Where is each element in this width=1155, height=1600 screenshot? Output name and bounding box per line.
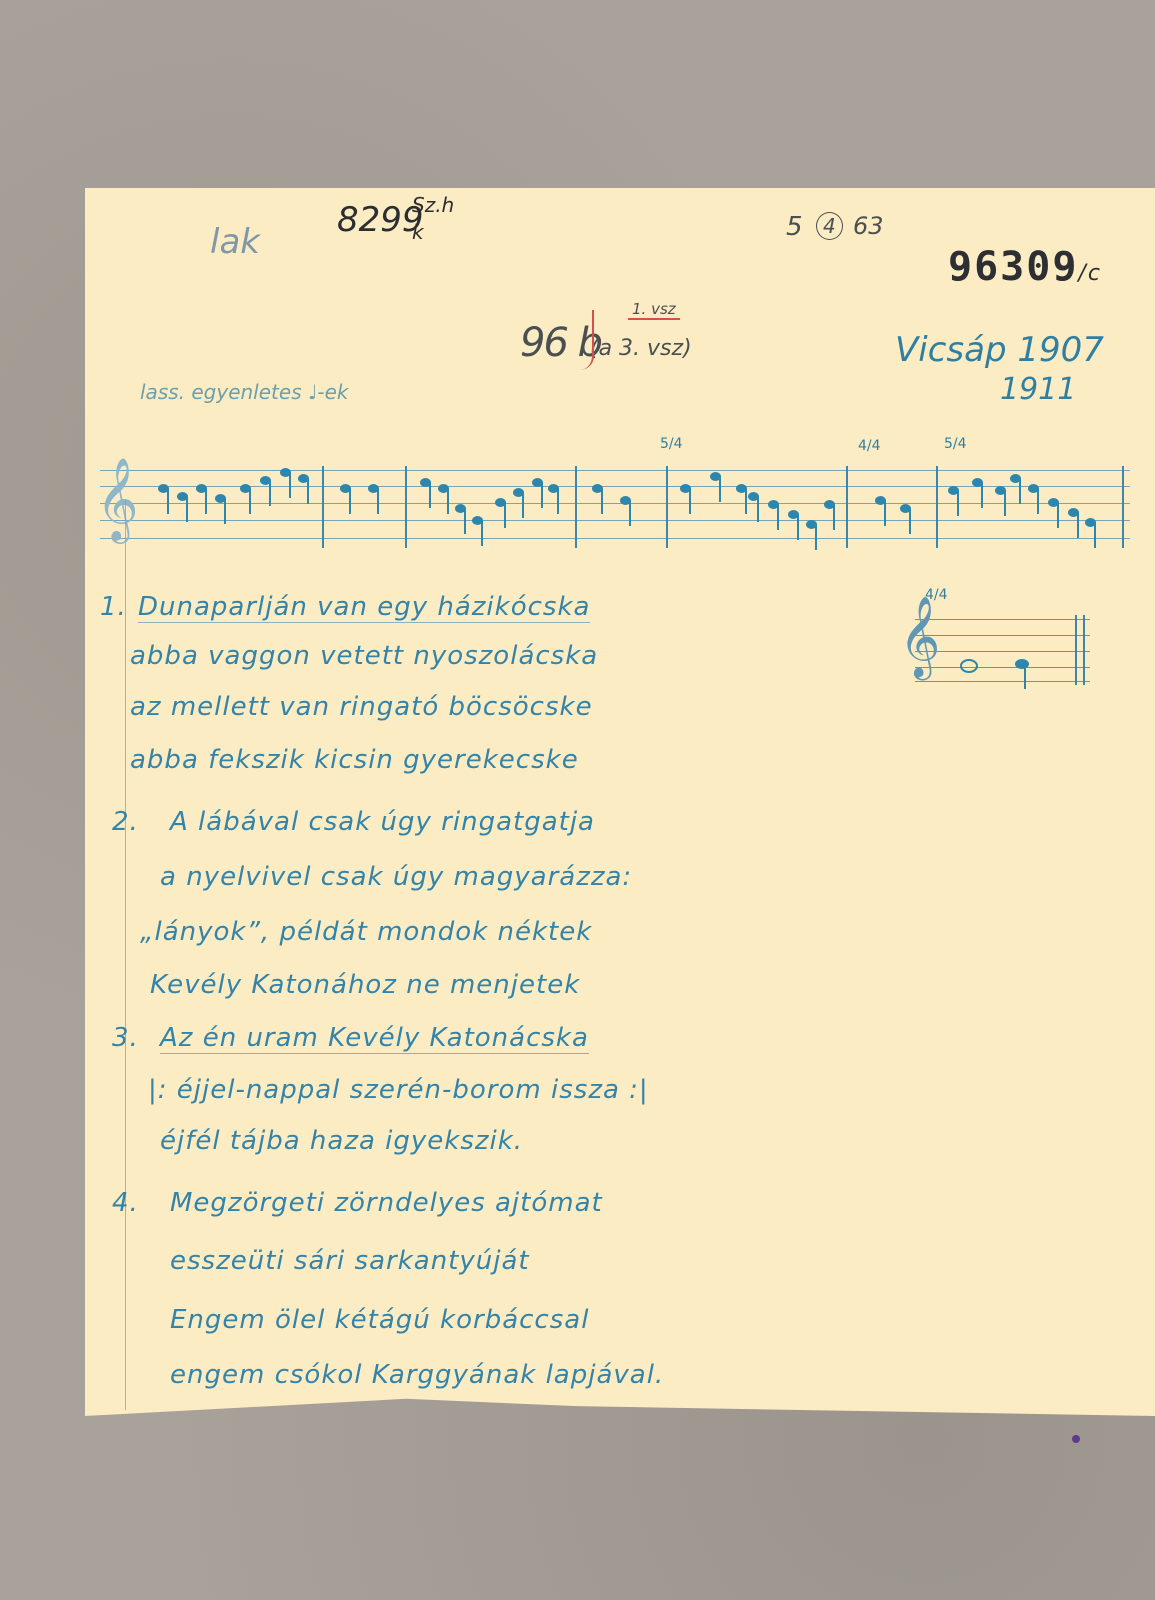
note <box>768 500 779 509</box>
stamp-digits: 96309 <box>948 244 1078 290</box>
note <box>420 478 431 487</box>
note <box>1068 508 1079 517</box>
ref-left: 5 <box>786 212 803 242</box>
note <box>592 484 603 493</box>
note <box>1085 518 1096 527</box>
type-code-note-bottom: (a 3. vsz) <box>590 336 692 361</box>
note <box>438 484 449 493</box>
barline <box>1122 466 1124 548</box>
verse-2-line-3: „lányok”, példát mondok néktek <box>140 917 592 947</box>
final-barline <box>1075 615 1085 685</box>
note <box>995 486 1006 495</box>
aside-time-signature: 4/4 <box>925 589 948 602</box>
note <box>298 474 309 483</box>
note <box>972 478 983 487</box>
stamp-number: 96309/c <box>948 244 1102 290</box>
verse-4-line-1: Megzörgeti zörndelyes ajtómat <box>170 1188 603 1218</box>
note <box>340 484 351 493</box>
barline <box>405 466 407 548</box>
time-signature-1: 5/4 <box>660 438 683 451</box>
ink-spot <box>1072 1435 1080 1443</box>
verse-4-line-4: engem csókol Karggyának lapjával. <box>170 1360 664 1390</box>
note <box>680 484 691 493</box>
time-signature-3: 5/4 <box>944 438 967 451</box>
cadence-staff: 𝄞 4/4 <box>905 615 1090 685</box>
note <box>513 488 524 497</box>
stamp-suffix: /c <box>1078 261 1102 286</box>
verse-1-line-2: abba vaggon vetett nyoszolácska <box>130 641 598 671</box>
archive-card <box>85 188 1155 1416</box>
verse-2-number: 2. <box>112 807 139 837</box>
note <box>1048 498 1059 507</box>
catalog-suffix-top: Sz.h <box>412 193 454 217</box>
left-margin-rule <box>125 500 126 1410</box>
note <box>948 486 959 495</box>
treble-clef-icon: 𝄞 <box>899 601 940 671</box>
note <box>532 478 543 487</box>
note <box>196 484 207 493</box>
verse-4-number: 4. <box>112 1188 139 1218</box>
catalog-number: 8299 <box>337 200 424 240</box>
verse-3-line-3: éjfél tájba haza igyekszik. <box>160 1126 523 1156</box>
note <box>495 498 506 507</box>
tempo-note: lass. egyenletes ♩-ek <box>140 380 349 404</box>
note <box>548 484 559 493</box>
note <box>748 492 759 501</box>
note <box>900 504 911 513</box>
note <box>736 484 747 493</box>
verse-1-line-3: az mellett van ringató böcsöcske <box>130 692 593 722</box>
treble-clef-icon: 𝄞 <box>96 462 139 534</box>
note <box>280 468 291 477</box>
barline <box>322 466 324 548</box>
note <box>215 494 226 503</box>
note <box>472 516 483 525</box>
ref-circled: 4 <box>816 212 843 240</box>
verse-1-line-1: Dunaparlján van egy házikócska <box>138 592 590 623</box>
note <box>710 472 721 481</box>
time-signature-2: 4/4 <box>858 440 881 453</box>
note <box>875 496 886 505</box>
note <box>368 484 379 493</box>
pencil-note-left: lak <box>210 222 260 262</box>
red-bracket-mark <box>580 310 594 370</box>
verse-1-number: 1. <box>100 592 127 622</box>
verse-2-line-1: A lábával csak úgy ringatgatja <box>170 807 595 837</box>
note <box>1028 484 1039 493</box>
note <box>260 476 271 485</box>
verse-4-line-3: Engem ölel kétágú korbáccsal <box>170 1305 589 1335</box>
place-date: Vicsáp 1907 <box>895 330 1104 370</box>
verse-3-line-2: |: éjjel-nappal szerén-borom issza :| <box>148 1075 649 1105</box>
note <box>158 484 169 493</box>
verse-4-line-2: esszeüti sári sarkantyúját <box>170 1246 530 1276</box>
verse-2-line-2: a nyelvivel csak úgy magyarázza: <box>160 862 632 892</box>
barline <box>846 466 848 548</box>
barline <box>575 466 577 548</box>
catalog-suffix-bottom: k <box>412 220 424 244</box>
note <box>788 510 799 519</box>
note <box>806 520 817 529</box>
note <box>240 484 251 493</box>
verse-1-line-4: abba fekszik kicsin gyerekecske <box>130 745 579 775</box>
note <box>455 504 466 513</box>
verse-3-number: 3. <box>112 1023 139 1053</box>
note <box>620 496 631 505</box>
verse-3-line-1: Az én uram Kevély Katonácska <box>160 1023 589 1054</box>
barline <box>666 466 668 548</box>
half-note <box>960 659 978 673</box>
note <box>1010 474 1021 483</box>
barline <box>936 466 938 548</box>
note <box>824 500 835 509</box>
note <box>177 492 188 501</box>
music-staff: 𝄞 <box>100 470 1130 542</box>
verse-2-line-4: Kevély Katonához ne menjetek <box>150 970 580 1000</box>
type-code-note-top: 1. vsz <box>628 300 680 320</box>
year-second: 1911 <box>1000 372 1076 407</box>
ref-right: 63 <box>853 212 884 240</box>
quarter-note <box>1015 659 1029 669</box>
